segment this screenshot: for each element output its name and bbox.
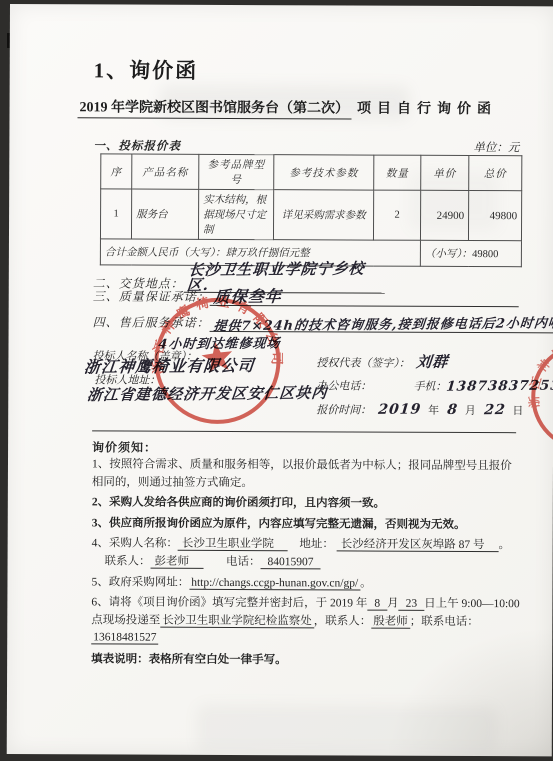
sum-small-value: 49800 <box>472 249 498 260</box>
deadline-month: 8 <box>367 598 387 611</box>
partial-seal-stamp: 浙江神鹰椅业有限公司 浙 <box>493 328 553 469</box>
notice-list: 1、按照符合需求、质量和服务相等，以报价最低者为中标人；报同品牌型号且报价相同的… <box>91 456 522 673</box>
document-title-rest: 项目自行询价函 <box>357 102 497 118</box>
authorized-rep-row: 授权代表（签字）：刘群 <box>316 350 448 372</box>
mobile-label: 手机： <box>413 381 446 393</box>
table-row: 1 服务台 实木结构，根据现场尺寸定制 详见采购需求参数 2 24900 498… <box>100 189 521 241</box>
buyer-label: 4、采购人名称： <box>92 538 178 550</box>
paper-sheet: 1、询价函 2019 年学院新校区图书馆服务台（第二次）项目自行询价函 一、投标… <box>7 4 553 756</box>
cell-total: 49800 <box>468 191 521 241</box>
sum-amount-small: （小写）：49800 <box>420 240 521 266</box>
section-heading: 1、询价函 <box>94 54 199 84</box>
month-char: 月 <box>465 405 477 417</box>
cell-seq: 1 <box>100 189 131 239</box>
deliver-venue: 长沙卫生职业学院纪检监察处 <box>160 614 314 628</box>
scanned-document-page: { "doc": { "title": "1、询价函", "subtitle_u… <box>0 0 553 761</box>
gov-site-url: http://changs.ccgp-hunan.gov.cn/gp/ <box>189 576 360 590</box>
col-header-total: 总价 <box>469 156 522 191</box>
buyer-addr-label: 地址： <box>299 539 334 551</box>
contact-label: 联系人： <box>92 555 151 567</box>
deadline-day: 23 <box>399 598 425 611</box>
cell-qty: 2 <box>373 190 420 240</box>
notice-item-6: 6、请将《项目询价函》填写完整并密封后，于 2019 年8月23日上午 9:00… <box>91 595 521 650</box>
notice-item-3: 3、供应商所报询价函应为原件，内容应填写完整无遗漏，否则视为无效。 <box>92 515 522 534</box>
notice-item-1: 1、按照符合需求、质量和服务相等，以报价最低者为中标人；报同品牌型号且报价相同的… <box>92 456 522 493</box>
table-caption: 一、投标报价表 <box>93 137 181 153</box>
table-caption-row: 一、投标报价表 单位：元 <box>93 137 519 155</box>
sum-small-label: （小写）： <box>425 249 472 260</box>
sep-text-2: ；联系电话： <box>410 616 479 628</box>
deadline-text-2: 日上午 9:00—10:00 <box>424 598 520 610</box>
cell-unitprice: 24900 <box>420 190 468 240</box>
date-year-handwriting: 2019 <box>377 402 422 418</box>
deadline-text-1: 6、请将《项目询价函》填写完整并密封后，于 2019 年 <box>91 597 367 610</box>
fill-note: 填表说明：表格所有空白处一律手写。 <box>91 651 521 670</box>
notice-item-2: 2、采购人发给各供应商的询价函须打印，且内容须一致。 <box>92 495 522 514</box>
deliver-phone: 13618481527 <box>91 632 158 645</box>
date-month-handwriting: 8 <box>446 402 458 418</box>
year-char: 年 <box>428 405 440 417</box>
office-phone-label: 办公电话： <box>316 380 371 392</box>
sep-text: ，联系人： <box>314 615 372 627</box>
month-char: 月 <box>387 598 399 610</box>
rep-signature: 刘群 <box>415 351 449 372</box>
ink-bleed-smudge <box>197 705 497 752</box>
cell-spec: 详见采购需求参数 <box>273 190 373 240</box>
period: 。 <box>360 577 372 589</box>
seal-ring-text: 浙江神鹰椅业有限公司 <box>526 336 553 414</box>
deliver-to-text: 点现场投递至 <box>91 614 160 626</box>
notice-heading: 询价须知： <box>92 438 157 455</box>
contact-name: 彭老师 <box>151 556 204 569</box>
period: 。 <box>498 540 510 552</box>
notice-item-4: 4、采购人名称：长沙卫生职业学院 地址： 长沙经济开发区灰埠路 87 号。 联系… <box>92 536 522 573</box>
document-title: 2019 年学院新校区图书馆服务台（第二次）项目自行询价函 <box>78 96 498 118</box>
col-header-qty: 数量 <box>374 155 421 190</box>
phone-value: 84015907 <box>261 556 321 569</box>
buyer-name: 长沙卫生职业学院 <box>178 538 288 551</box>
date-label: 报价时间： <box>316 404 371 416</box>
phone-label: 电话： <box>226 556 261 568</box>
deliver-contact: 殷老师 <box>371 615 410 628</box>
quote-table: 序 产品名称 参考品牌型号 参考技术参数 数量 单价 总价 1 服务台 实木结构… <box>100 153 522 267</box>
col-header-spec: 参考技术参数 <box>274 155 374 190</box>
svg-text:浙江神鹰椅业有限公司: 浙江神鹰椅业有限公司 <box>526 336 553 414</box>
seal-star-icon <box>200 340 234 373</box>
col-header-product: 产品名称 <box>132 154 199 189</box>
col-header-unitprice: 单价 <box>421 155 469 190</box>
document-title-underlined: 2019 年学院新校区图书馆服务台（第二次） <box>78 100 352 119</box>
cell-brand: 实木结构，根据现场尺寸定制 <box>198 189 273 239</box>
col-header-brand: 参考品牌型号 <box>199 154 274 189</box>
cell-product: 服务台 <box>131 189 198 239</box>
table-header-row: 序 产品名称 参考品牌型号 参考技术参数 数量 单价 总价 <box>101 154 522 191</box>
rep-label: 授权代表（签字）： <box>316 357 410 369</box>
gov-site-label: 5、政府采购网址： <box>91 576 189 588</box>
col-header-seq: 序 <box>101 154 132 189</box>
unit-label: 单位：元 <box>473 139 519 155</box>
buyer-addr: 长沙经济开发区灰埠路 87 号 <box>337 539 499 553</box>
company-seal-stamp: 浙江神鹰椅业有限公司 <box>150 294 285 429</box>
notice-item-5: 5、政府采购网址：http://changs.ccgp-hunan.gov.cn… <box>91 574 521 593</box>
